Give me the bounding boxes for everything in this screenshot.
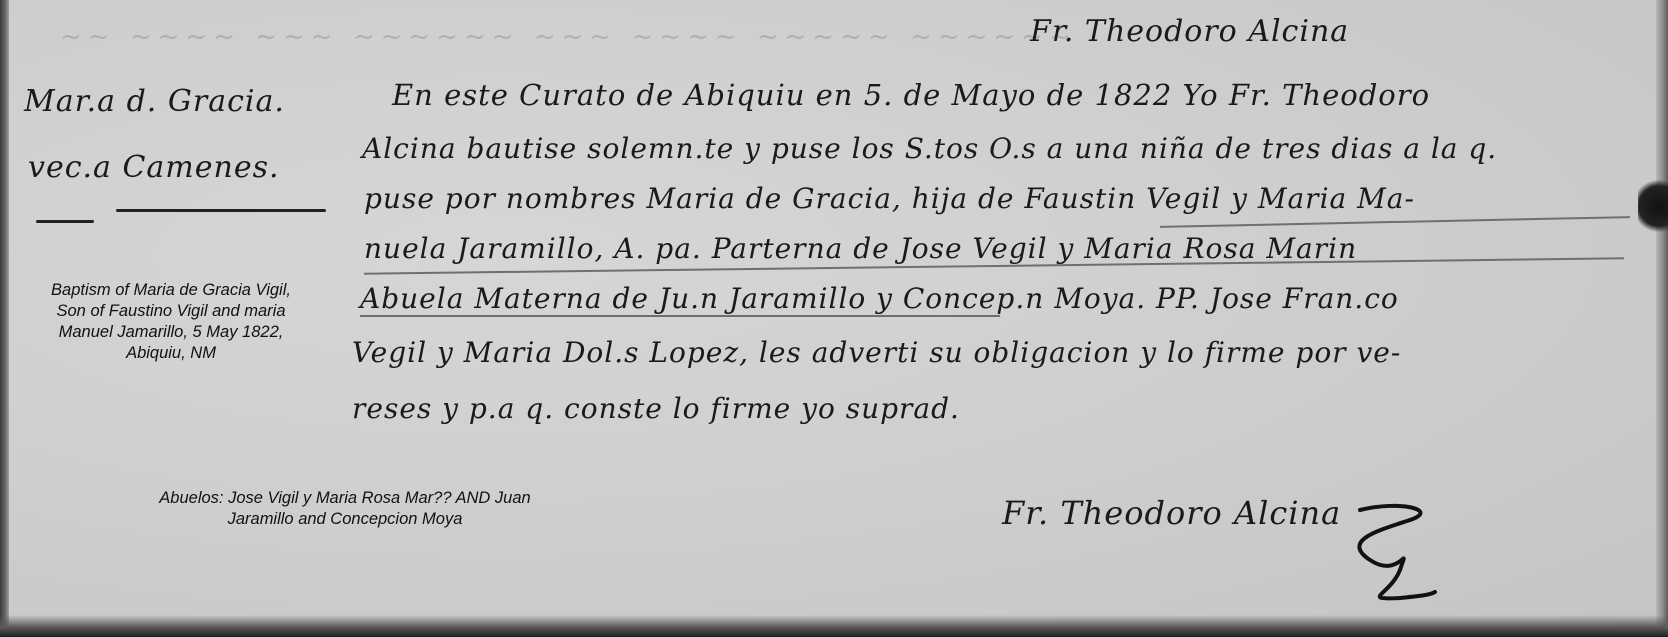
scanned-document-page: ~~ ~~~~ ~~~ ~~~~~~ ~~~ ~~~~ ~~~~~ ~~~~~~… <box>0 0 1668 637</box>
record-line-4: nuela Jaramillo, A. pa. Parterna de Jose… <box>364 232 1357 265</box>
record-line-3: puse por nombres Maria de Gracia, hija d… <box>364 182 1415 215</box>
signature-rubric-icon <box>1340 500 1450 610</box>
abuelos-annotation-line1: Abuelos: Jose Vigil y Maria Rosa Mar?? A… <box>120 488 570 509</box>
underline-maternal-grandparents <box>360 315 1000 317</box>
baptism-annotation-line3: Manuel Jamarillo, 5 May 1822, <box>26 322 316 343</box>
record-line-7: reses y p.a q. conste lo firme yo suprad… <box>352 392 960 425</box>
abuelos-annotation-line2: Jaramillo and Concepcion Moya <box>120 509 570 530</box>
margin-underline-long <box>116 209 326 212</box>
margin-underline-short <box>36 220 94 223</box>
record-line-1: En este Curato de Abiquiu en 5. de Mayo … <box>392 78 1430 112</box>
record-line-2: Alcina bautise solemn.te y puse los S.to… <box>362 132 1497 165</box>
page-binding-edge <box>0 0 9 637</box>
baptism-annotation-line1: Baptism of Maria de Gracia Vigil, <box>26 280 316 301</box>
baptism-annotation-line2: Son of Faustino Vigil and maria <box>26 301 316 322</box>
baptism-annotation: Baptism of Maria de Gracia Vigil, Son of… <box>26 280 316 364</box>
page-bottom-edge <box>0 615 1668 637</box>
bleed-through-text: ~~ ~~~~ ~~~ ~~~~~~ ~~~ ~~~~ ~~~~~ ~~~~~~ <box>60 22 1060 52</box>
baptism-annotation-line4: Abiquiu, NM <box>26 343 316 364</box>
margin-note-name: Mar.a d. Gracia. <box>24 84 285 119</box>
underline-parents <box>1160 216 1630 228</box>
margin-note-residence: vec.a Camenes. <box>28 150 280 185</box>
page-right-edge <box>1656 0 1668 637</box>
abuelos-annotation: Abuelos: Jose Vigil y Maria Rosa Mar?? A… <box>120 488 570 530</box>
record-line-6: Vegil y Maria Dol.s Lopez, les adverti s… <box>352 336 1401 369</box>
closing-signature: Fr. Theodoro Alcina <box>1002 494 1341 532</box>
record-line-5: Abuela Materna de Ju.n Jaramillo y Conce… <box>360 282 1399 315</box>
ink-blot <box>1638 176 1668 236</box>
header-signature: Fr. Theodoro Alcina <box>1030 14 1349 49</box>
